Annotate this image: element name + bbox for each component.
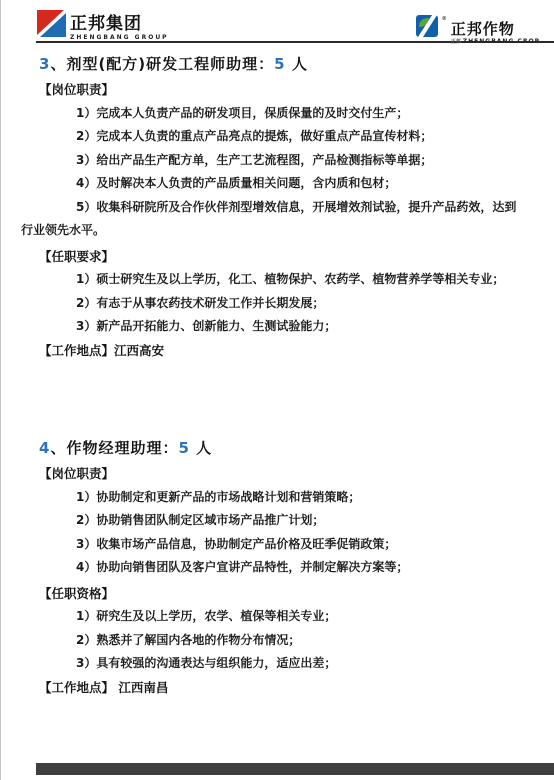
crop-logo-mini-cn: 正邦 — [451, 40, 461, 45]
block-heading-requirements: 【任职要求】 — [39, 245, 524, 269]
work-location-value: 江西南昌 — [114, 680, 168, 695]
zhengbang-crop-logo-icon — [416, 15, 438, 41]
zhengbang-group-logo: 正邦集团 ZHENGBANG GROUP — [36, 10, 169, 41]
list-item: 3）具有较强的沟通表达与组织能力，适应出差； — [21, 652, 524, 676]
zhengbang-crop-logo: ® 正邦作物 正邦 ZHENGBANG CROP — [416, 15, 540, 41]
list-item: 1）研究生及以上学历，农学、植保等相关专业； — [21, 605, 524, 629]
block-heading-duties: 【岗位职责】 — [39, 78, 524, 102]
list-item: 2）完成本人负责的重点产品亮点的提炼，做好重点产品宣传材料； — [21, 125, 524, 149]
list-item: 1）硕士研究生及以上学历，化工、植物保护、农药学、植物营养学等相关专业； — [21, 268, 524, 292]
section-title-text: 剂型(配方)研发工程师助理： — [66, 55, 274, 73]
section-number: 3 — [39, 55, 50, 73]
headcount-unit: 人 — [286, 55, 308, 73]
requirements-list: 1）硕士研究生及以上学历，化工、植物保护、农药学、植物营养学等相关专业；2）有志… — [21, 268, 524, 339]
block-heading-qualifications: 【任职资格】 — [39, 582, 524, 606]
work-location-label: 【工作地点】 — [39, 680, 114, 695]
document-page: 正邦集团 ZHENGBANG GROUP ® 正邦作物 正邦 ZHENGBANG… — [0, 0, 554, 780]
qualifications-list: 1）研究生及以上学历，农学、植保等相关专业；2）熟悉并了解国内各地的作物分布情况… — [21, 605, 524, 676]
list-item: 4）及时解决本人负责的产品质量相关问题，含内质和包材； — [21, 172, 524, 196]
duties-list: 1）完成本人负责产品的研发项目，保质保量的及时交付生产；2）完成本人负责的重点产… — [21, 102, 524, 243]
section-number: 4 — [39, 439, 50, 457]
group-logo-en-text: ZHENGBANG GROUP — [70, 35, 169, 41]
section-title: 4、作物经理助理：5 人 — [39, 437, 524, 458]
work-location-line: 【工作地点】江西高安 — [39, 339, 524, 363]
list-item: 1）协助制定和更新产品的市场战略计划和营销策略； — [21, 486, 524, 510]
page-header: 正邦集团 ZHENGBANG GROUP ® 正邦作物 正邦 ZHENGBANG… — [36, 0, 554, 43]
list-item: 4）协助向销售团队及客户宣讲产品特性，并制定解决方案等； — [21, 556, 524, 580]
list-item: 3）新产品开拓能力、创新能力、生测试验能力； — [21, 315, 524, 339]
crop-logo-en-text: ZHENGBANG CROP — [463, 39, 540, 45]
list-item: 2）熟悉并了解国内各地的作物分布情况； — [21, 629, 524, 653]
headcount-value: 5 — [178, 439, 189, 457]
list-item: 2）协助销售团队制定区域市场产品推广计划； — [21, 509, 524, 533]
work-location-label: 【工作地点】 — [39, 343, 114, 358]
headcount-unit: 人 — [190, 439, 212, 457]
document-content: 3、剂型(配方)研发工程师助理：5 人 【岗位职责】 1）完成本人负责产品的研发… — [1, 53, 554, 699]
group-logo-cn-text: 正邦集团 — [70, 16, 169, 33]
list-item: 3）收集市场产品信息，协助制定产品价格及旺季促销政策； — [21, 533, 524, 557]
zhengbang-group-logo-icon — [36, 10, 66, 41]
block-heading-duties: 【岗位职责】 — [39, 462, 524, 486]
section-crop-manager-assistant: 4、作物经理助理：5 人 【岗位职责】 1）协助制定和更新产品的市场战略计划和营… — [21, 437, 524, 699]
crop-logo-cn-text: 正邦作物 — [451, 22, 540, 37]
section-formulation-engineer: 3、剂型(配方)研发工程师助理：5 人 【岗位职责】 1）完成本人负责产品的研发… — [21, 53, 524, 362]
section-title-text: 作物经理助理： — [66, 439, 178, 457]
work-location-line: 【工作地点】 江西南昌 — [39, 676, 524, 700]
section-title: 3、剂型(配方)研发工程师助理：5 人 — [39, 53, 524, 74]
list-item: 3）给出产品生产配方单，生产工艺流程图，产品检测指标等单据； — [21, 149, 524, 173]
duties-list: 1）协助制定和更新产品的市场战略计划和营销策略；2）协助销售团队制定区域市场产品… — [21, 486, 524, 580]
work-location-value: 江西高安 — [114, 343, 164, 358]
list-item: 2）有志于从事农药技术研发工作并长期发展； — [21, 292, 524, 316]
footer-bar — [36, 763, 554, 775]
registered-trademark-icon: ® — [442, 16, 447, 22]
list-item: 1）完成本人负责产品的研发项目，保质保量的及时交付生产； — [21, 102, 524, 126]
list-item: 5）收集科研院所及合作伙伴剂型增效信息，开展增效剂试验，提升产品药效，达到行业领… — [21, 196, 524, 243]
headcount-value: 5 — [274, 55, 285, 73]
